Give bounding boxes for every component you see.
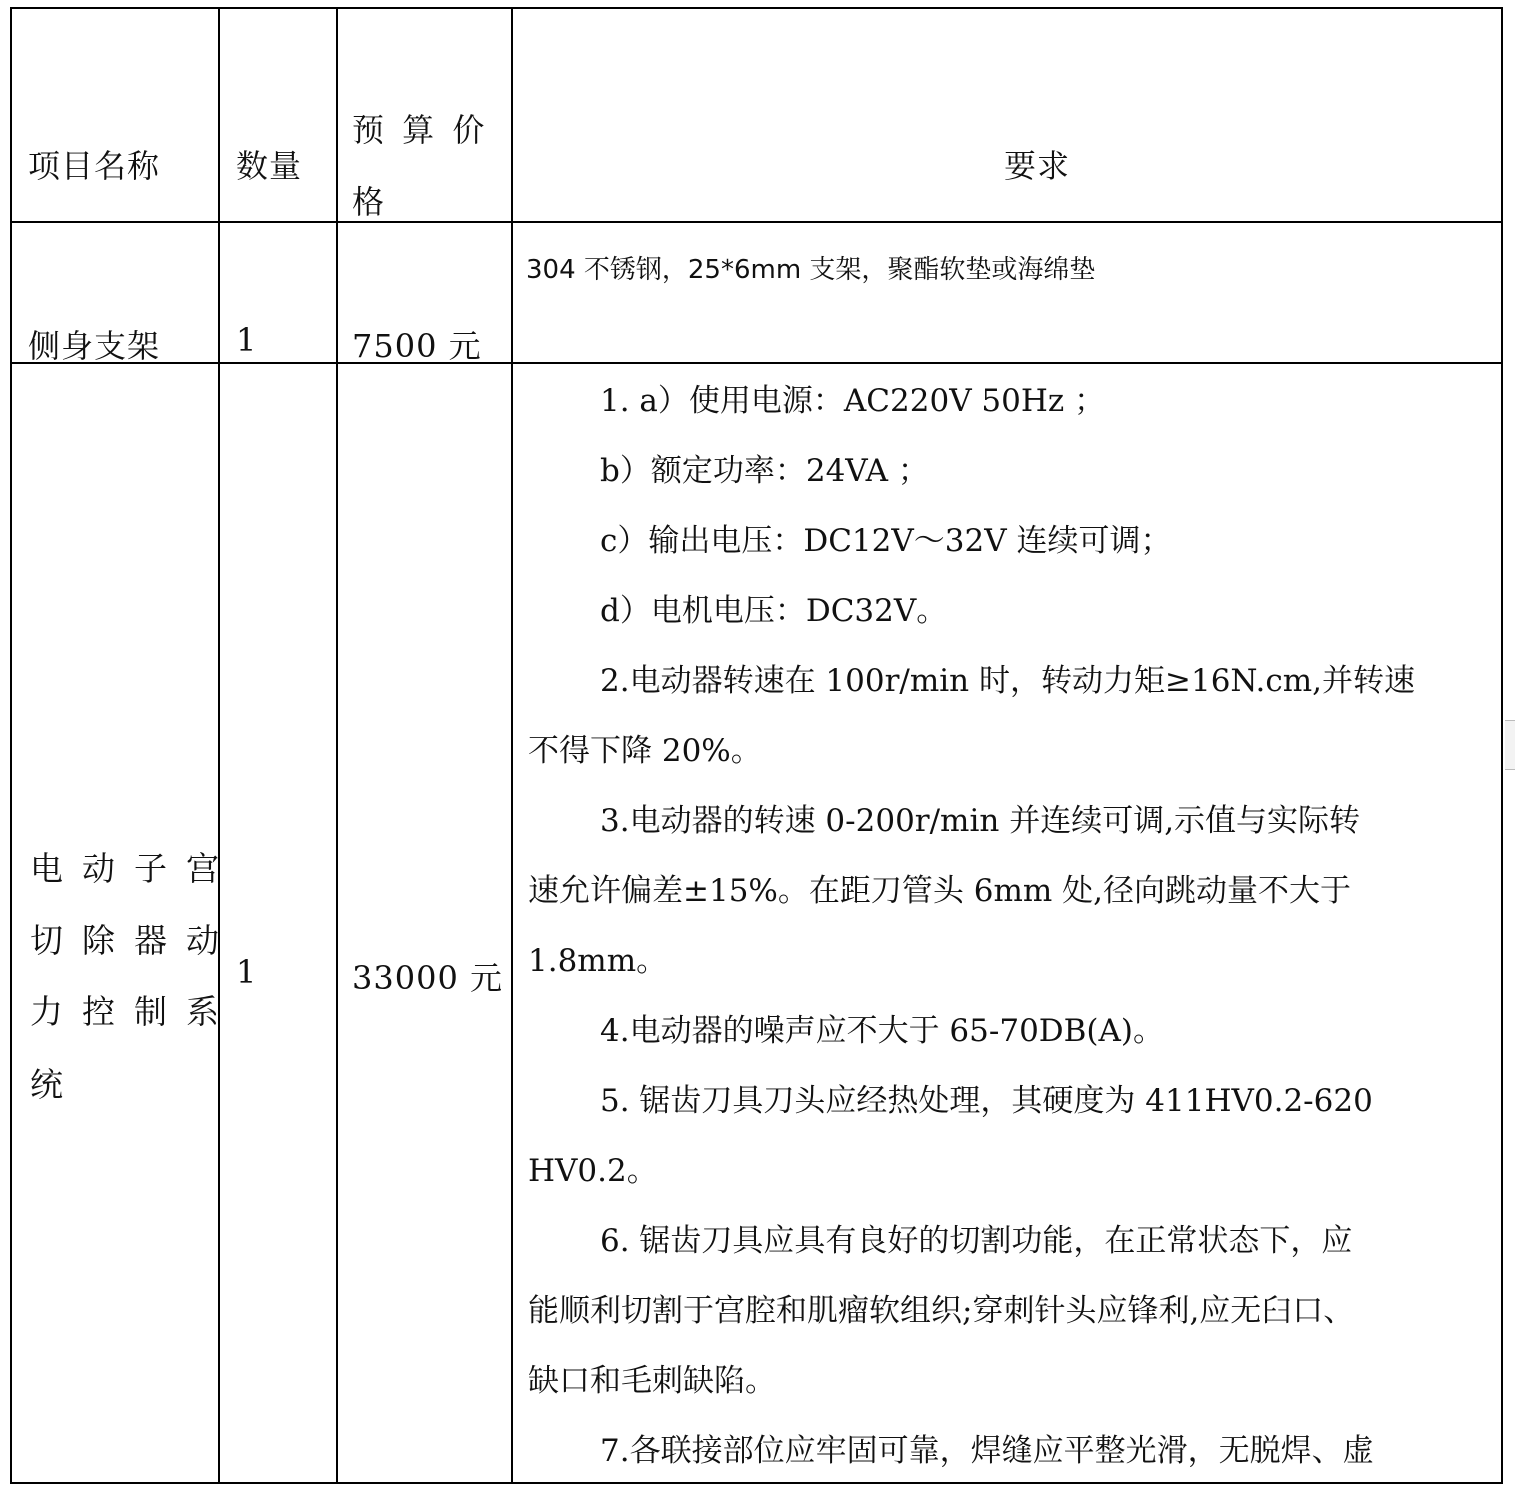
row-divider <box>12 221 1501 223</box>
requirement-line: d）电机电压：DC32V。 <box>528 591 947 631</box>
row2-item-name-line: 切除器动 <box>30 915 238 962</box>
row2-quantity: 1 <box>236 953 257 991</box>
requirement-line: 不得下降 20%。 <box>528 731 762 771</box>
row1-budget: 7500 元 <box>352 321 482 367</box>
header-item-name: 项目名称 <box>28 141 160 187</box>
requirement-line: 能顺利切割于宫腔和肌瘤软组织;穿刺针头应锋利,应无臼口、 <box>528 1291 1354 1331</box>
header-quantity: 数量 <box>236 141 302 187</box>
requirement-line: 6. 锯齿刀具应具有良好的切割功能，在正常状态下，应 <box>528 1221 1352 1261</box>
requirement-line: 4.电动器的噪声应不大于 65-70DB(A)。 <box>528 1011 1164 1051</box>
row2-item-name-line: 力控制系 <box>30 986 238 1033</box>
requirement-line: 1. a）使用电源：AC220V 50Hz ； <box>528 381 1105 421</box>
header-budget-line2: 格 <box>352 177 385 223</box>
requirement-line: 缺口和毛刺缺陷。 <box>528 1361 776 1401</box>
requirement-line: 7.各联接部位应牢固可靠，焊缝应平整光滑，无脱焊、虚 <box>528 1431 1374 1471</box>
row-divider <box>12 362 1501 364</box>
header-requirements: 要求 <box>1004 141 1070 187</box>
requirement-line: 2.电动器转速在 100r/min 时，转动力矩≥16N.cm,并转速 <box>528 661 1415 701</box>
row2-item-name-line: 电动子宫 <box>30 843 238 890</box>
header-budget-line1: 预 算 价 <box>352 105 488 151</box>
requirement-line: c）输出电压：DC12V～32V 连续可调； <box>528 521 1171 561</box>
requirement-line: HV0.2。 <box>528 1151 658 1191</box>
row1-requirement: 304 不锈钢，25*6mm 支架，聚酯软垫或海绵垫 <box>526 250 1095 290</box>
requirement-line: 3.电动器的转速 0-200r/min 并连续可调,示值与实际转 <box>528 801 1360 841</box>
edge-scroll-handle <box>1505 720 1515 770</box>
column-divider <box>336 9 338 1482</box>
requirement-line: b）额定功率：24VA ； <box>528 451 929 491</box>
column-divider <box>511 9 513 1482</box>
row2-budget: 33000 元 <box>352 953 503 999</box>
column-divider <box>218 9 220 1482</box>
row1-item-name: 侧身支架 <box>28 321 160 367</box>
row1-quantity: 1 <box>236 321 257 359</box>
requirement-line: 速允许偏差±15%。在距刀管头 6mm 处,径向跳动量不大于 <box>528 871 1351 911</box>
procurement-table: 项目名称 数量 预 算 价 格 要求 侧身支架 1 7500 元 304 不锈钢… <box>10 7 1503 1484</box>
row2-item-name-line: 统 <box>30 1059 82 1106</box>
requirement-line: 5. 锯齿刀具刀头应经热处理，其硬度为 411HV0.2-620 <box>528 1081 1373 1121</box>
requirement-line: 1.8mm。 <box>528 941 667 981</box>
